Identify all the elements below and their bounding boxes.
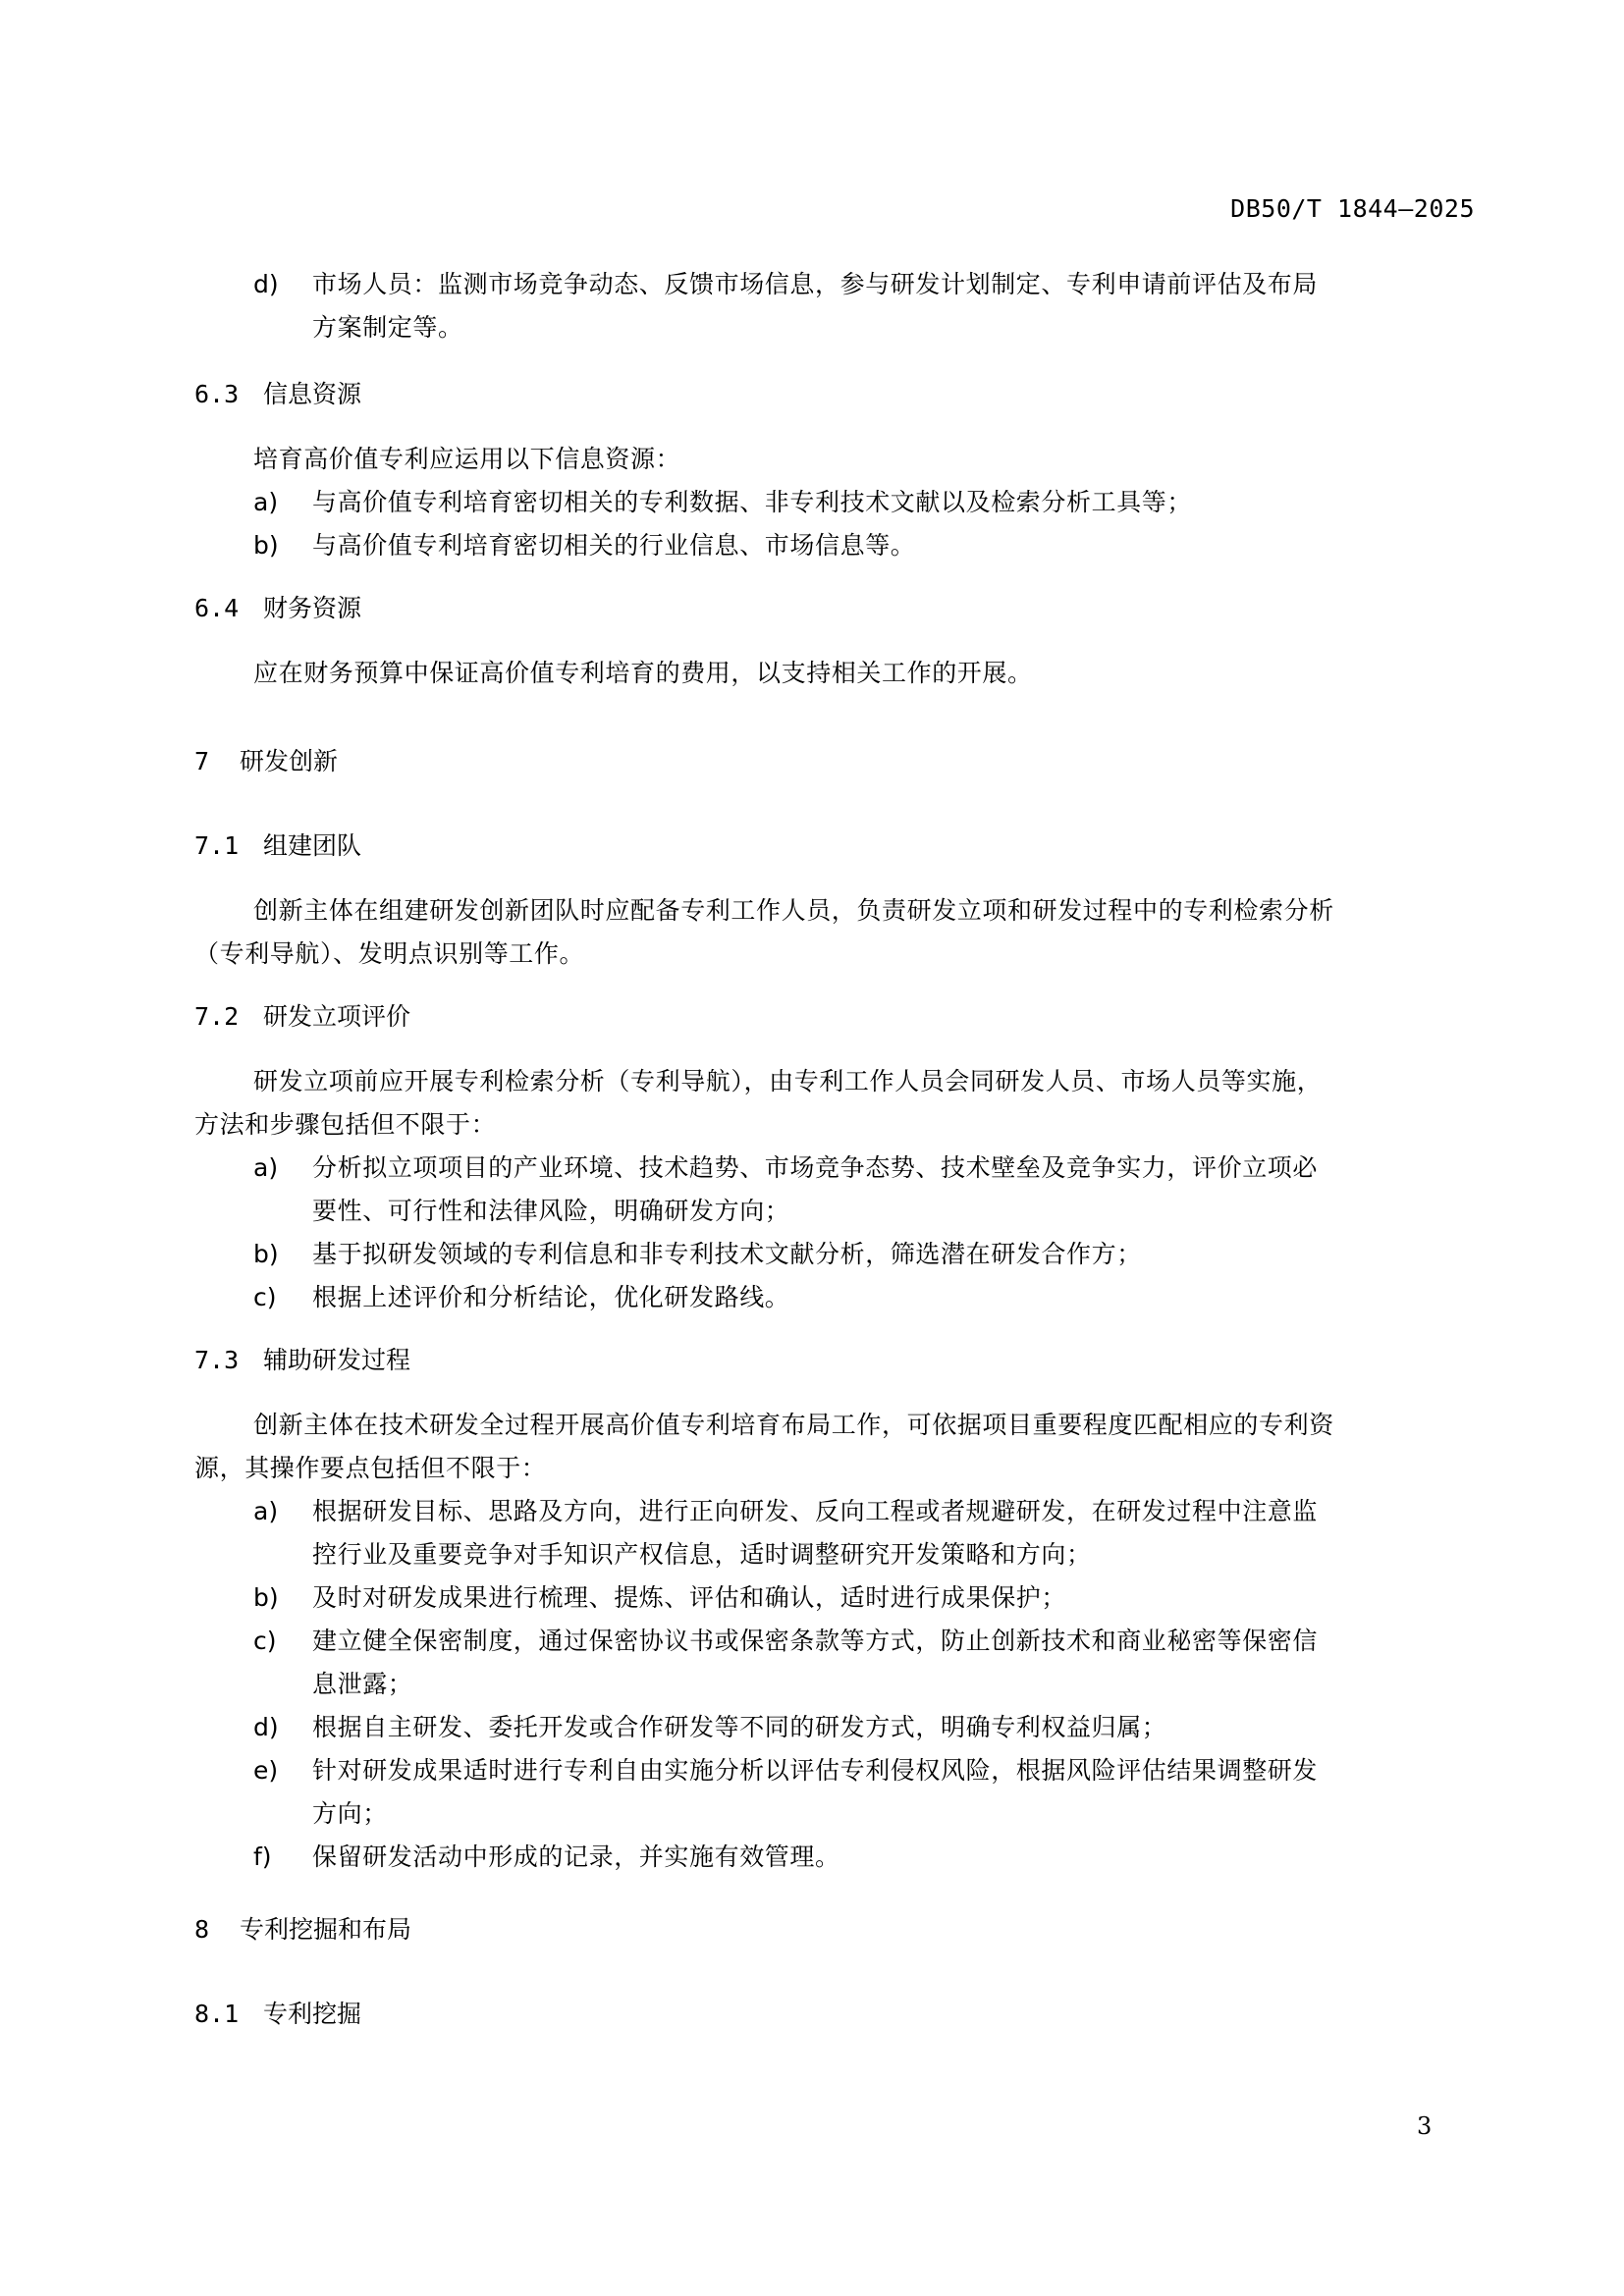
list-item-text: 方向；: [312, 1798, 388, 1830]
section-number: 8: [194, 1914, 240, 1946]
list-label: d): [253, 1712, 279, 1743]
page-number: 3: [1417, 2112, 1432, 2140]
document-code: DB50/T 1844—2025: [1230, 194, 1475, 223]
paragraph: 创新主体在技术研发全过程开展高价值专利培育布局工作，可依据项目重要程度匹配相应的…: [253, 1410, 1334, 1441]
section-number: 7.2: [194, 1001, 263, 1033]
list-item-text: 与高价值专利培育密切相关的行业信息、市场信息等。: [312, 530, 915, 561]
paragraph: 应在财务预算中保证高价值专利培育的费用，以支持相关工作的开展。: [253, 658, 1033, 689]
document-page: DB50/T 1844—2025 d) 市场人员：监测市场竞争动态、反馈市场信息…: [0, 0, 1624, 2296]
section-title: 研发创新: [240, 747, 338, 775]
paragraph: 研发立项前应开展专利检索分析（专利导航），由专利工作人员会同研发人员、市场人员等…: [253, 1066, 1322, 1097]
list-item-text: 根据自主研发、委托开发或合作研发等不同的研发方式，明确专利权益归属；: [312, 1712, 1166, 1743]
list-label: e): [253, 1755, 278, 1787]
paragraph: 创新主体在组建研发创新团队时应配备专利工作人员，负责研发立项和研发过程中的专利检…: [253, 895, 1334, 927]
list-item-text: 方案制定等。: [312, 312, 463, 344]
list-label: a): [253, 487, 278, 518]
section-heading-7-1: 7.1组建团队: [194, 830, 361, 862]
section-number: 7: [194, 746, 240, 777]
list-item-text: 及时对研发成果进行梳理、提炼、评估和确认，适时进行成果保护；: [312, 1582, 1066, 1614]
list-label: d): [253, 269, 279, 300]
paragraph: 源，其操作要点包括但不限于：: [194, 1453, 546, 1484]
list-item-text: 根据上述评价和分析结论，优化研发路线。: [312, 1282, 789, 1313]
list-label: b): [253, 530, 279, 561]
list-item-text: 基于拟研发领域的专利信息和非专利技术文献分析，筛选潜在研发合作方；: [312, 1239, 1142, 1270]
list-label: c): [253, 1626, 277, 1657]
section-heading-7-3: 7.3辅助研发过程: [194, 1345, 410, 1376]
list-item-text: 根据研发目标、思路及方向，进行正向研发、反向工程或者规避研发，在研发过程中注意监: [312, 1496, 1318, 1527]
section-number: 7.1: [194, 830, 263, 862]
section-number: 6.3: [194, 379, 263, 410]
list-item-text: 控行业及重要竞争对手知识产权信息，适时调整研究开发策略和方向；: [312, 1539, 1092, 1571]
list-item-text: 息泄露；: [312, 1669, 412, 1700]
list-item-text: 针对研发成果适时进行专利自由实施分析以评估专利侵权风险，根据风险评估结果调整研发: [312, 1755, 1318, 1787]
section-number: 8.1: [194, 1999, 263, 2030]
section-title: 研发立项评价: [263, 1002, 410, 1031]
section-heading-6-4: 6.4财务资源: [194, 593, 361, 624]
list-label: c): [253, 1282, 277, 1313]
list-label: a): [253, 1496, 278, 1527]
list-label: f): [253, 1842, 272, 1873]
list-item-text: 保留研发活动中形成的记录，并实施有效管理。: [312, 1842, 840, 1873]
section-heading-8: 8专利挖掘和布局: [194, 1914, 411, 1946]
section-title: 组建团队: [263, 831, 361, 860]
section-title: 辅助研发过程: [263, 1346, 410, 1374]
list-item-text: 市场人员：监测市场竞争动态、反馈市场信息，参与研发计划制定、专利申请前评估及布局: [312, 269, 1318, 300]
list-item-text: 建立健全保密制度，通过保密协议书或保密条款等方式，防止创新技术和商业秘密等保密信: [312, 1626, 1318, 1657]
section-number: 6.4: [194, 593, 263, 624]
section-heading-6-3: 6.3信息资源: [194, 379, 361, 410]
list-label: b): [253, 1582, 279, 1614]
section-title: 信息资源: [263, 380, 361, 408]
section-title: 专利挖掘和布局: [240, 1915, 411, 1944]
paragraph: （专利导航）、发明点识别等工作。: [194, 938, 584, 970]
paragraph: 培育高价值专利应运用以下信息资源：: [253, 444, 680, 475]
list-item-text: 要性、可行性和法律风险，明确研发方向；: [312, 1196, 789, 1227]
list-item-text: 与高价值专利培育密切相关的专利数据、非专利技术文献以及检索分析工具等；: [312, 487, 1192, 518]
section-heading-7: 7研发创新: [194, 746, 338, 777]
section-heading-8-1: 8.1专利挖掘: [194, 1999, 361, 2030]
paragraph: 方法和步骤包括但不限于：: [194, 1109, 496, 1141]
section-heading-7-2: 7.2研发立项评价: [194, 1001, 410, 1033]
section-number: 7.3: [194, 1345, 263, 1376]
list-label: a): [253, 1152, 278, 1184]
list-item-text: 分析拟立项项目的产业环境、技术趋势、市场竞争态势、技术壁垒及竞争实力，评价立项必: [312, 1152, 1318, 1184]
section-title: 专利挖掘: [263, 2000, 361, 2028]
section-title: 财务资源: [263, 594, 361, 622]
list-label: b): [253, 1239, 279, 1270]
